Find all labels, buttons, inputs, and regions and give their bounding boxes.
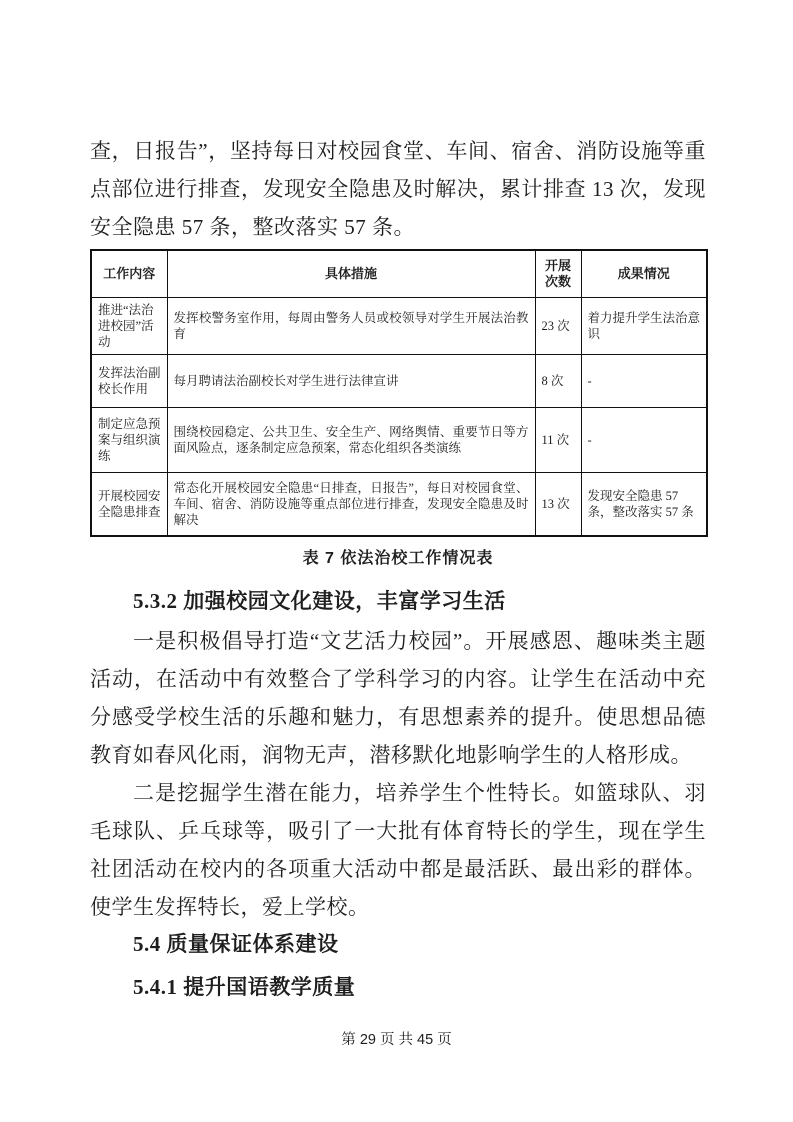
- body-paragraph-1: 一是积极倡导打造“文艺活力校园”。开展感恩、趣味类主题活动，在活动中有效整合了学…: [90, 622, 706, 774]
- cell-work-content: 发挥法治副校长作用: [91, 355, 167, 408]
- header-times-carried-out: 开展次数: [535, 250, 581, 298]
- cell-count: 13 次: [535, 473, 581, 537]
- cell-count: 8 次: [535, 355, 581, 408]
- cell-measures: 发挥校警务室作用，每周由警务人员或校领导对学生开展法治教育: [167, 298, 535, 355]
- cell-measures: 围绕校园稳定、公共卫生、安全生产、网络舆情、重要节日等方面风险点，逐条制定应急预…: [167, 408, 535, 473]
- page-number-footer: 第 29 页 共 45 页: [0, 1030, 793, 1050]
- cell-work-content: 推进“法治进校园”活动: [91, 298, 167, 355]
- table-caption: 表 7 依法治校工作情况表: [90, 549, 706, 569]
- section-heading-5-4-1: 5.4.1 提升国语教学质量: [90, 971, 706, 1003]
- section-heading-5-4: 5.4 质量保证体系建设: [90, 928, 706, 960]
- table-row: 推进“法治进校园”活动 发挥校警务室作用，每周由警务人员或校领导对学生开展法治教…: [91, 298, 707, 355]
- table-row: 开展校园安全隐患排查 常态化开展校园安全隐患“日排查，日报告”，每日对校园食堂、…: [91, 473, 707, 537]
- cell-results: -: [581, 408, 707, 473]
- header-specific-measures: 具体措施: [167, 250, 535, 298]
- cell-results: 着力提升学生法治意识: [581, 298, 707, 355]
- section-heading-5-3-2: 5.3.2 加强校园文化建设，丰富学习生活: [90, 585, 706, 617]
- table-header-row: 工作内容 具体措施 开展次数 成果情况: [91, 250, 707, 298]
- header-results: 成果情况: [581, 250, 707, 298]
- cell-count: 11 次: [535, 408, 581, 473]
- cell-results: -: [581, 355, 707, 408]
- cell-work-content: 制定应急预案与组织演练: [91, 408, 167, 473]
- document-page: 查，日报告”，坚持每日对校园食堂、车间、宿舍、消防设施等重点部位进行排查，发现安…: [0, 0, 793, 1122]
- cell-measures: 常态化开展校园安全隐患“日排查，日报告”，每日对校园食堂、车间、宿舍、消防设施等…: [167, 473, 535, 537]
- header-work-content: 工作内容: [91, 250, 167, 298]
- body-paragraph-2: 二是挖掘学生潜在能力，培养学生个性特长。如篮球队、羽毛球队、乒乓球等，吸引了一大…: [90, 774, 706, 926]
- cell-measures: 每月聘请法治副校长对学生进行法律宣讲: [167, 355, 535, 408]
- cell-count: 23 次: [535, 298, 581, 355]
- cell-results: 发现安全隐患 57 条，整改落实 57 条: [581, 473, 707, 537]
- table-row: 制定应急预案与组织演练 围绕校园稳定、公共卫生、安全生产、网络舆情、重要节日等方…: [91, 408, 707, 473]
- page-content: 查，日报告”，坚持每日对校园食堂、车间、宿舍、消防设施等重点部位进行排查，发现安…: [90, 0, 706, 1003]
- continuation-paragraph: 查，日报告”，坚持每日对校园食堂、车间、宿舍、消防设施等重点部位进行排查，发现安…: [90, 0, 706, 246]
- table-row: 发挥法治副校长作用 每月聘请法治副校长对学生进行法律宣讲 8 次 -: [91, 355, 707, 408]
- law-based-governance-table: 工作内容 具体措施 开展次数 成果情况 推进“法治进校园”活动 发挥校警务室作用…: [90, 249, 708, 537]
- cell-work-content: 开展校园安全隐患排查: [91, 473, 167, 537]
